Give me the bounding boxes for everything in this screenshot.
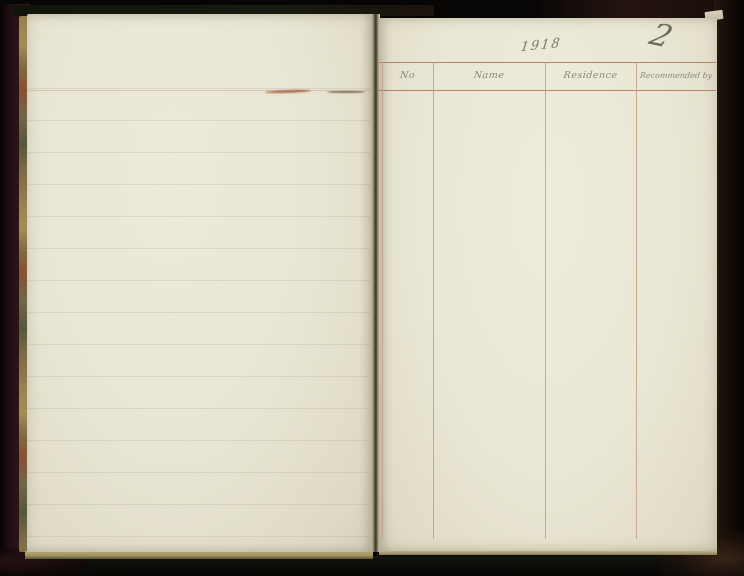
faint-ruled-lines [27, 88, 373, 548]
table-header-bottom-rule [379, 90, 716, 91]
book-cover-right-edge [714, 0, 744, 576]
right-page: 1918 2 No Name Residence Recommended by [379, 18, 717, 551]
page-block-bottom-edge-left [25, 551, 373, 559]
column-header-no: No [381, 64, 435, 88]
column-divider [382, 62, 383, 539]
column-header-residence: Residence [544, 64, 638, 88]
column-divider [636, 62, 637, 539]
left-page-header-rule [27, 90, 373, 91]
photo-backdrop: 1918 2 No Name Residence Recommended by [0, 0, 744, 576]
column-divider [545, 62, 546, 539]
page-number: 2 [635, 15, 688, 57]
column-header-name: Name [432, 64, 547, 88]
year-annotation: 1918 [510, 35, 572, 57]
book-cover-top-right-edge [540, 0, 730, 20]
book-cover-bottom-edge [0, 556, 744, 576]
left-page [27, 14, 373, 552]
ink-smudge [327, 91, 365, 93]
column-header-recommended-by: Recommended by [635, 64, 718, 88]
table-top-rule [379, 62, 716, 63]
column-divider [433, 62, 434, 539]
